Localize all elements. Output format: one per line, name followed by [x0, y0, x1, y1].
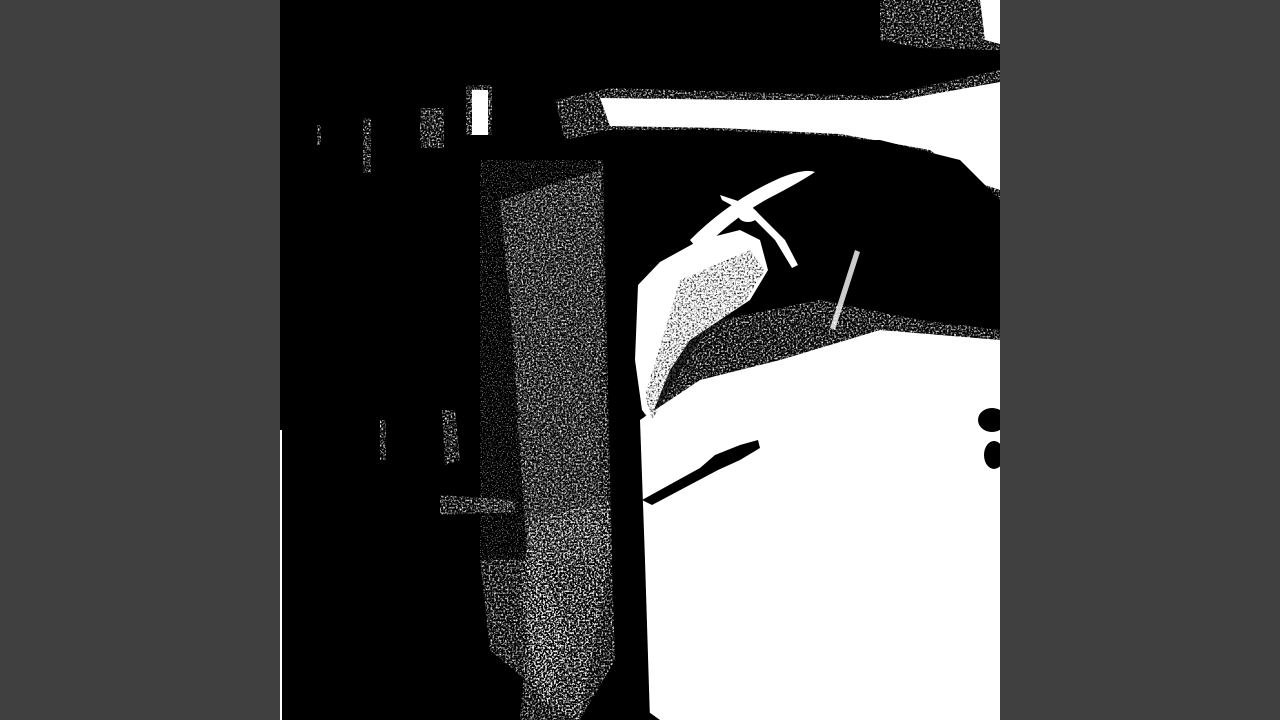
photo [280, 0, 1000, 720]
photo-frame [280, 0, 1000, 720]
image-viewer [0, 0, 1280, 720]
